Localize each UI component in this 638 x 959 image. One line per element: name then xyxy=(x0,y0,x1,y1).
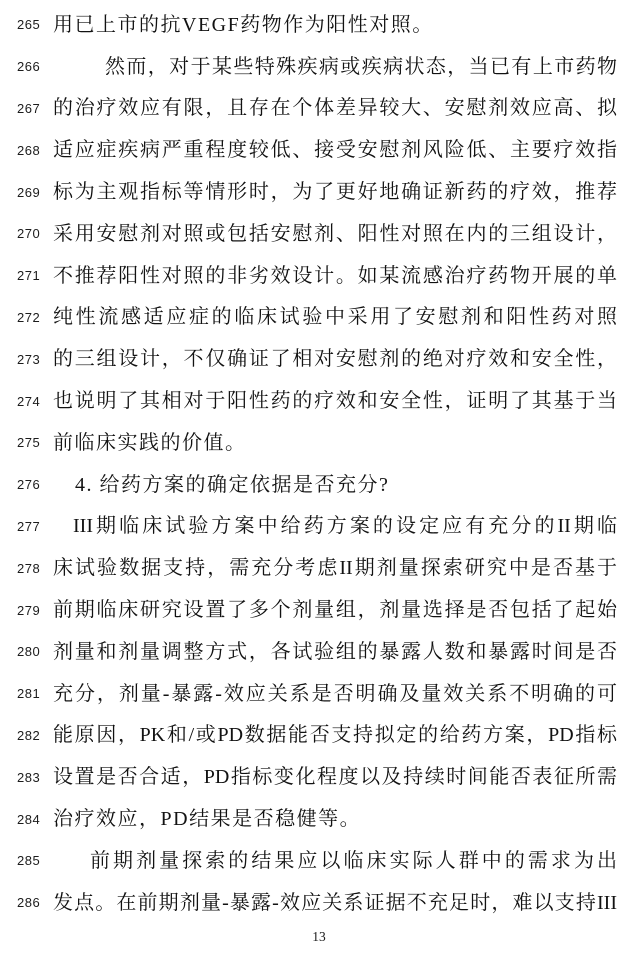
line-text: 前期剂量探索的结果应以临床实际人群中的需求为出 xyxy=(53,851,617,871)
line-number: 276 xyxy=(17,477,47,492)
document-line: 279 前期临床研究设置了多个剂量组，剂量选择是否包括了起始 xyxy=(0,589,638,631)
line-number: 286 xyxy=(17,895,47,910)
document-line: 271 不推荐阳性对照的非劣效设计。如某流感治疗药物开展的单 xyxy=(0,255,638,297)
line-text: 床试验数据支持，需充分考虑II期剂量探索研究中是否基于 xyxy=(53,558,617,578)
document-line: 277 III期临床试验方案中给药方案的设定应有充分的II期临 xyxy=(0,506,638,548)
line-number: 279 xyxy=(17,603,47,618)
document-line: 286 发点。在前期剂量-暴露-效应关系证据不充足时，难以支持III xyxy=(0,882,638,924)
line-text: 充分，剂量-暴露-效应关系是否明确及量效关系不明确的可 xyxy=(53,684,617,704)
document-line: 273 的三组设计，不仅确证了相对安慰剂的绝对疗效和安全性， xyxy=(0,338,638,380)
line-text: 能原因，PK和/或PD数据能否支持拟定的给药方案，PD指标 xyxy=(53,725,617,745)
line-number: 268 xyxy=(17,143,47,158)
line-text: 剂量和剂量调整方式，各试验组的暴露人数和暴露时间是否 xyxy=(53,642,617,662)
document-line: 269 标为主观指标等情形时，为了更好地确证新药的疗效，推荐 xyxy=(0,171,638,213)
line-text: 前临床实践的价值。 xyxy=(53,433,617,453)
line-text: 采用安慰剂对照或包括安慰剂、阳性对照在内的三组设计， xyxy=(53,224,617,244)
document-line: 267 的治疗效应有限，且存在个体差异较大、安慰剂效应高、拟 xyxy=(0,88,638,130)
line-number: 270 xyxy=(17,226,47,241)
line-text: 然而，对于某些特殊疾病或疾病状态，当已有上市药物 xyxy=(53,57,617,77)
line-number: 281 xyxy=(17,686,47,701)
line-number: 280 xyxy=(17,644,47,659)
line-number: 284 xyxy=(17,812,47,827)
line-text: 用已上市的抗VEGF药物作为阳性对照。 xyxy=(53,15,617,35)
line-text: 适应症疾病严重程度较低、接受安慰剂风险低、主要疗效指 xyxy=(53,140,617,160)
line-text: 设置是否合适，PD指标变化程度以及持续时间能否表征所需 xyxy=(53,767,617,787)
line-text: 的三组设计，不仅确证了相对安慰剂的绝对疗效和安全性， xyxy=(53,349,617,369)
line-number: 277 xyxy=(17,519,47,534)
line-number: 267 xyxy=(17,101,47,116)
document-body: 265 用已上市的抗VEGF药物作为阳性对照。 266 然而，对于某些特殊疾病或… xyxy=(0,4,638,924)
document-line: 276 4. 给药方案的确定依据是否充分? xyxy=(0,464,638,506)
document-line: 285 前期剂量探索的结果应以临床实际人群中的需求为出 xyxy=(0,840,638,882)
line-text: 4. 给药方案的确定依据是否充分? xyxy=(53,475,617,495)
line-text: 不推荐阳性对照的非劣效设计。如某流感治疗药物开展的单 xyxy=(53,266,617,286)
document-line: 284 治疗效应，PD结果是否稳健等。 xyxy=(0,798,638,840)
line-number: 266 xyxy=(17,59,47,74)
line-text: 前期临床研究设置了多个剂量组，剂量选择是否包括了起始 xyxy=(53,600,617,620)
document-line: 265 用已上市的抗VEGF药物作为阳性对照。 xyxy=(0,4,638,46)
document-page: 265 用已上市的抗VEGF药物作为阳性对照。 266 然而，对于某些特殊疾病或… xyxy=(0,0,638,959)
document-line: 275 前临床实践的价值。 xyxy=(0,422,638,464)
document-line: 274 也说明了其相对于阳性药的疗效和安全性，证明了其基于当 xyxy=(0,380,638,422)
document-line: 278 床试验数据支持，需充分考虑II期剂量探索研究中是否基于 xyxy=(0,547,638,589)
line-number: 274 xyxy=(17,394,47,409)
line-number: 282 xyxy=(17,728,47,743)
page-number: 13 xyxy=(0,929,638,945)
line-text: 纯性流感适应症的临床试验中采用了安慰剂和阳性药对照 xyxy=(53,307,617,327)
line-text: 发点。在前期剂量-暴露-效应关系证据不充足时，难以支持III xyxy=(53,893,617,913)
document-line: 270 采用安慰剂对照或包括安慰剂、阳性对照在内的三组设计， xyxy=(0,213,638,255)
document-line: 282 能原因，PK和/或PD数据能否支持拟定的给药方案，PD指标 xyxy=(0,715,638,757)
line-text: III期临床试验方案中给药方案的设定应有充分的II期临 xyxy=(53,516,617,536)
line-number: 271 xyxy=(17,268,47,283)
line-number: 285 xyxy=(17,853,47,868)
line-text: 标为主观指标等情形时，为了更好地确证新药的疗效，推荐 xyxy=(53,182,617,202)
document-line: 266 然而，对于某些特殊疾病或疾病状态，当已有上市药物 xyxy=(0,46,638,88)
line-number: 278 xyxy=(17,561,47,576)
line-number: 272 xyxy=(17,310,47,325)
document-line: 280 剂量和剂量调整方式，各试验组的暴露人数和暴露时间是否 xyxy=(0,631,638,673)
line-number: 273 xyxy=(17,352,47,367)
document-line: 283 设置是否合适，PD指标变化程度以及持续时间能否表征所需 xyxy=(0,756,638,798)
document-line: 281 充分，剂量-暴露-效应关系是否明确及量效关系不明确的可 xyxy=(0,673,638,715)
line-number: 275 xyxy=(17,435,47,450)
line-text: 也说明了其相对于阳性药的疗效和安全性，证明了其基于当 xyxy=(53,391,617,411)
line-number: 269 xyxy=(17,185,47,200)
line-text: 治疗效应，PD结果是否稳健等。 xyxy=(53,809,617,829)
document-line: 272 纯性流感适应症的临床试验中采用了安慰剂和阳性药对照 xyxy=(0,297,638,339)
line-text: 的治疗效应有限，且存在个体差异较大、安慰剂效应高、拟 xyxy=(53,98,617,118)
document-line: 268 适应症疾病严重程度较低、接受安慰剂风险低、主要疗效指 xyxy=(0,129,638,171)
line-number: 265 xyxy=(17,17,47,32)
line-number: 283 xyxy=(17,770,47,785)
